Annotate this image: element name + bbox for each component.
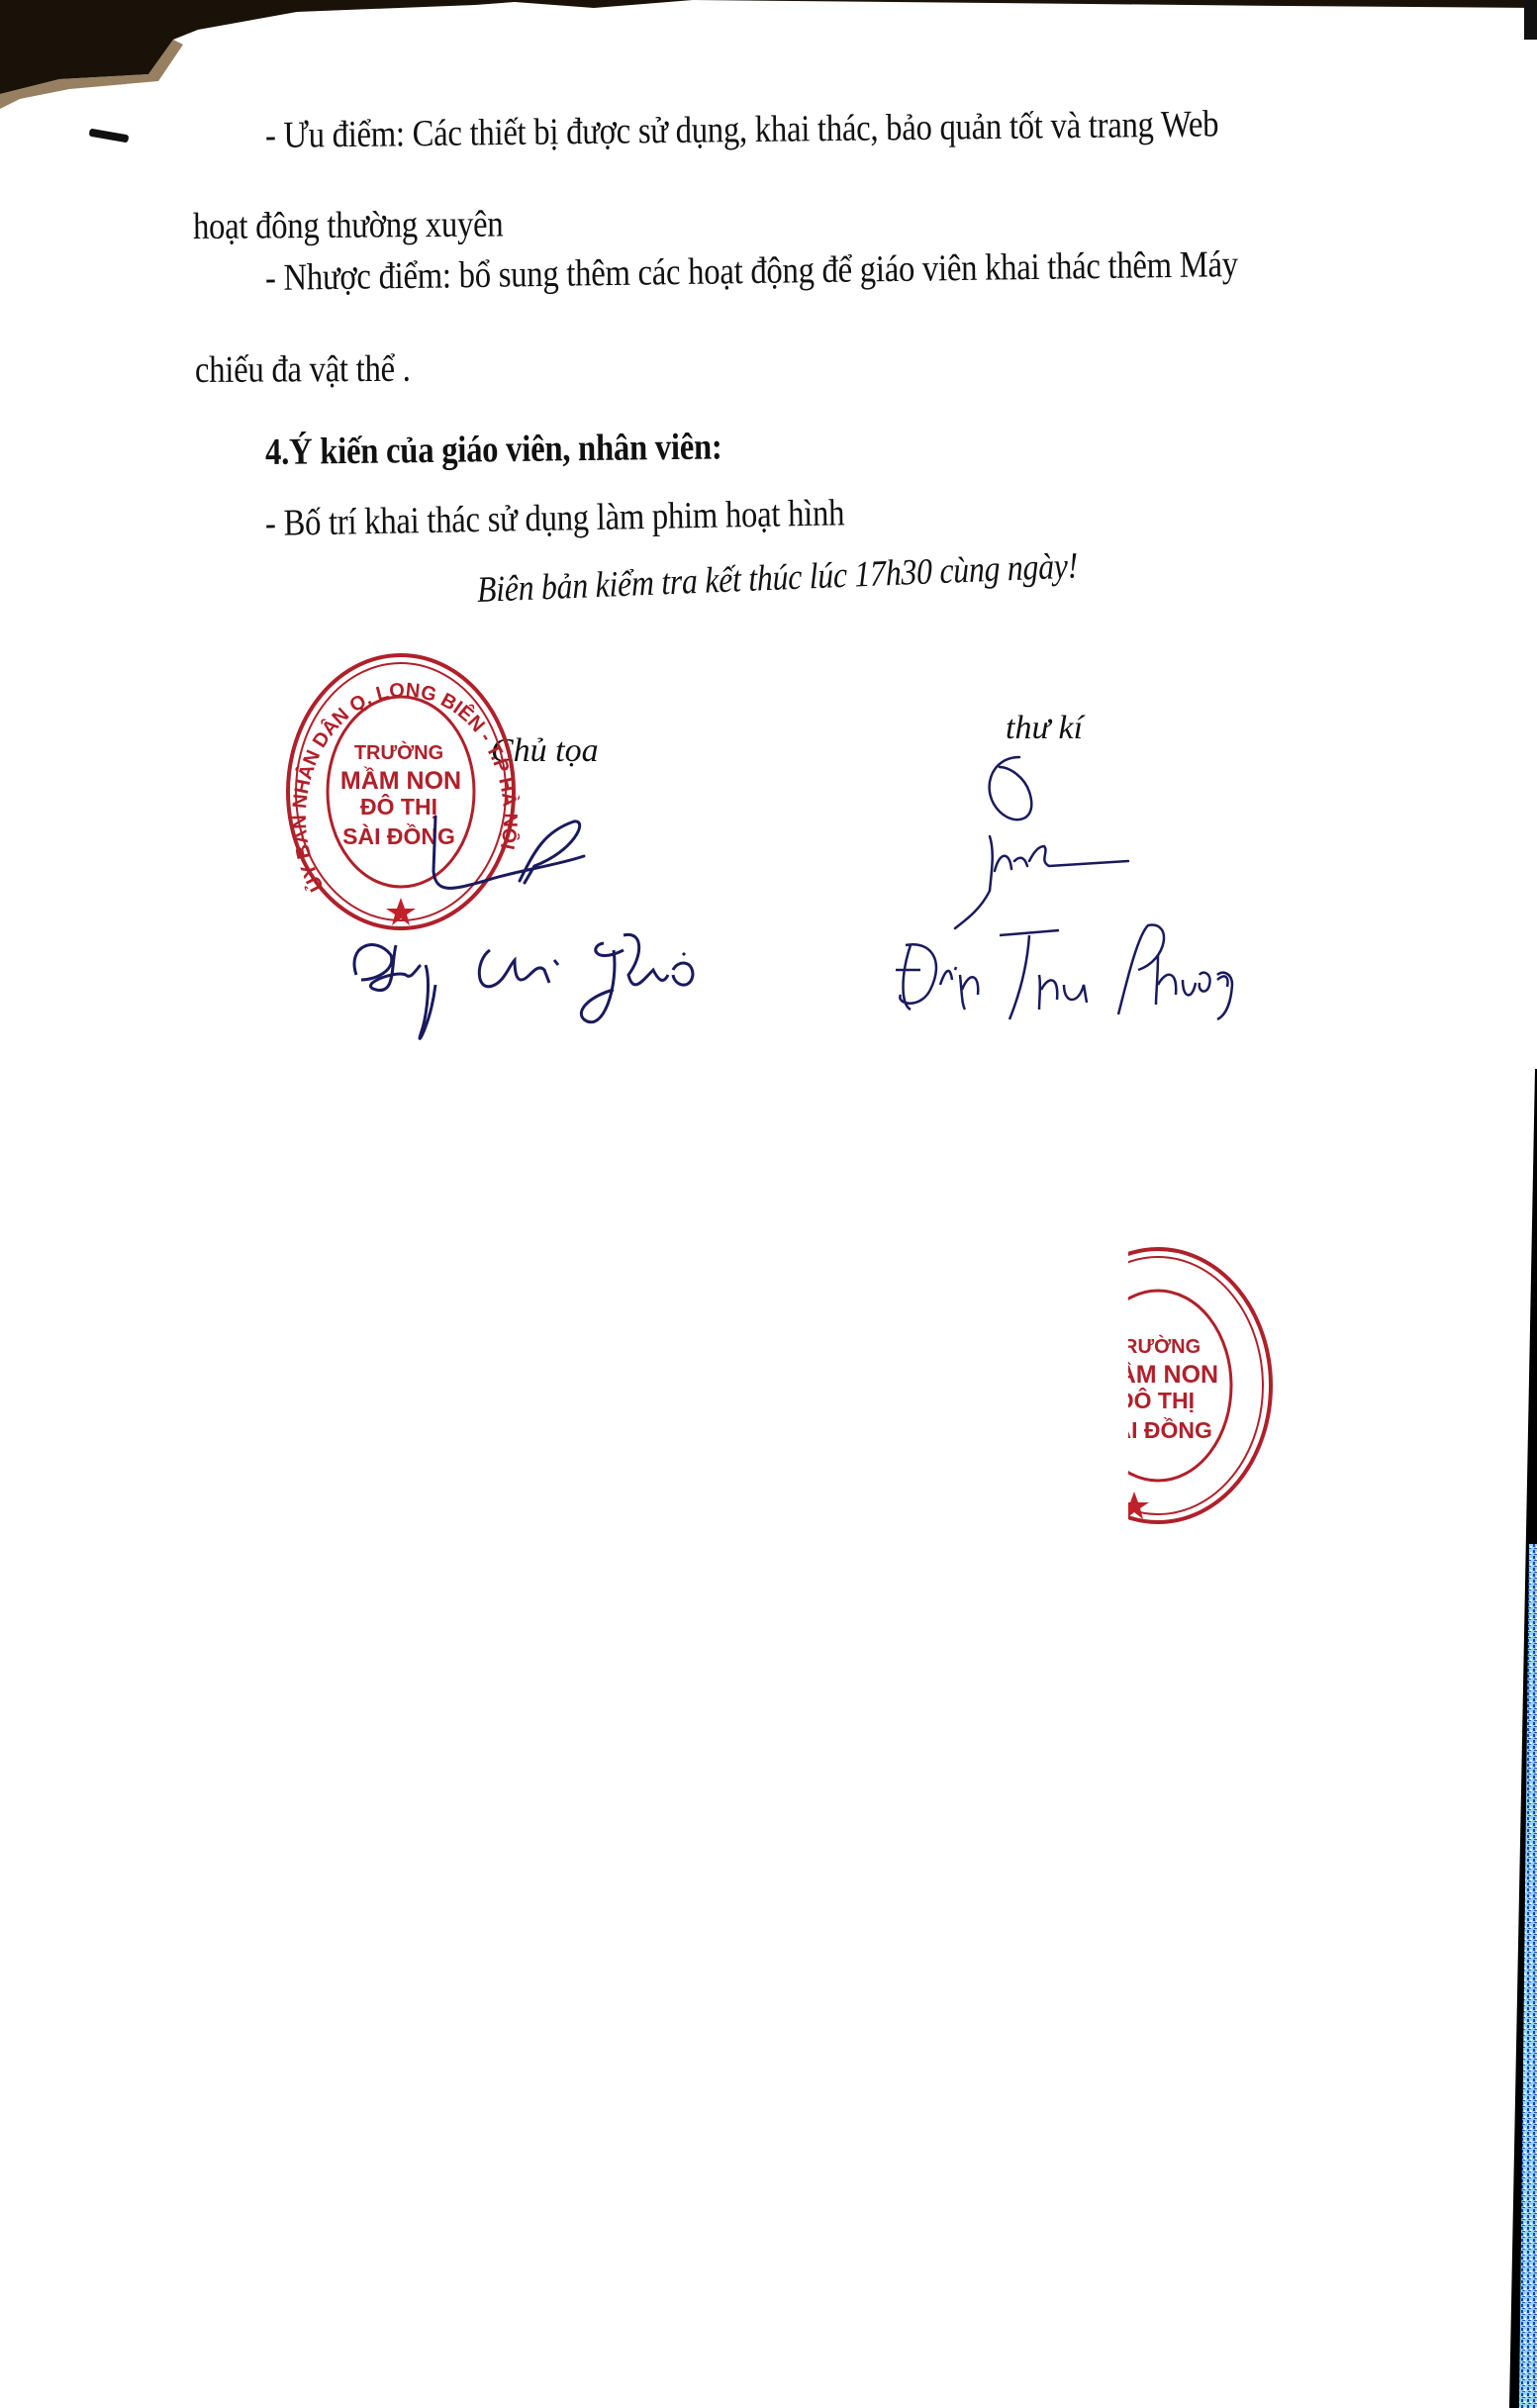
secretary-role-label: thư kí (1006, 710, 1083, 747)
section-4-heading: 4.Ý kiến của giáo viên, nhân viên: (265, 428, 722, 471)
stamp-line-2: MẦM NON (340, 766, 461, 795)
margin-mark (89, 129, 130, 144)
chair-signature (426, 812, 594, 901)
svg-text:TRƯỜNG: TRƯỜNG (1128, 1334, 1201, 1358)
stamp-line-1: TRƯỜNG (354, 740, 443, 764)
advantages-line-2: hoạt đông thường xuyên (193, 205, 504, 245)
disadvantages-line-1: - Nhược điểm: bổ sung thêm các hoạt động… (265, 245, 1238, 297)
svg-text:SÀI ĐỒNG: SÀI ĐỒNG (1128, 1416, 1212, 1443)
chair-handwritten-name (336, 925, 713, 1054)
secretary-signature (950, 752, 1148, 930)
scan-top-edge (0, 0, 1537, 119)
disadvantages-line-2: chiếu đa vật thể . (195, 350, 411, 389)
section-4-item: - Bố trí khai thác sử dụng làm phim hoạt… (265, 494, 845, 542)
closing-statement: Biên bản kiểm tra kết thúc lúc 17h30 cùn… (476, 547, 1078, 609)
secretary-handwritten-name (891, 915, 1247, 1024)
advantages-line-1: - Ưu điểm: Các thiết bị được sử dụng, kh… (265, 105, 1219, 154)
scanned-page: - Ưu điểm: Các thiết bị được sử dụng, kh… (0, 0, 1537, 2408)
svg-text:ĐÔ THỊ: ĐÔ THỊ (1128, 1387, 1195, 1413)
partial-stamp: TRƯỜNG MẦM NON ĐÔ THỊ SÀI ĐỒNG (1128, 1242, 1277, 1529)
scan-right-edge (1468, 1069, 1537, 2408)
svg-text:MẦM NON: MẦM NON (1128, 1360, 1218, 1389)
